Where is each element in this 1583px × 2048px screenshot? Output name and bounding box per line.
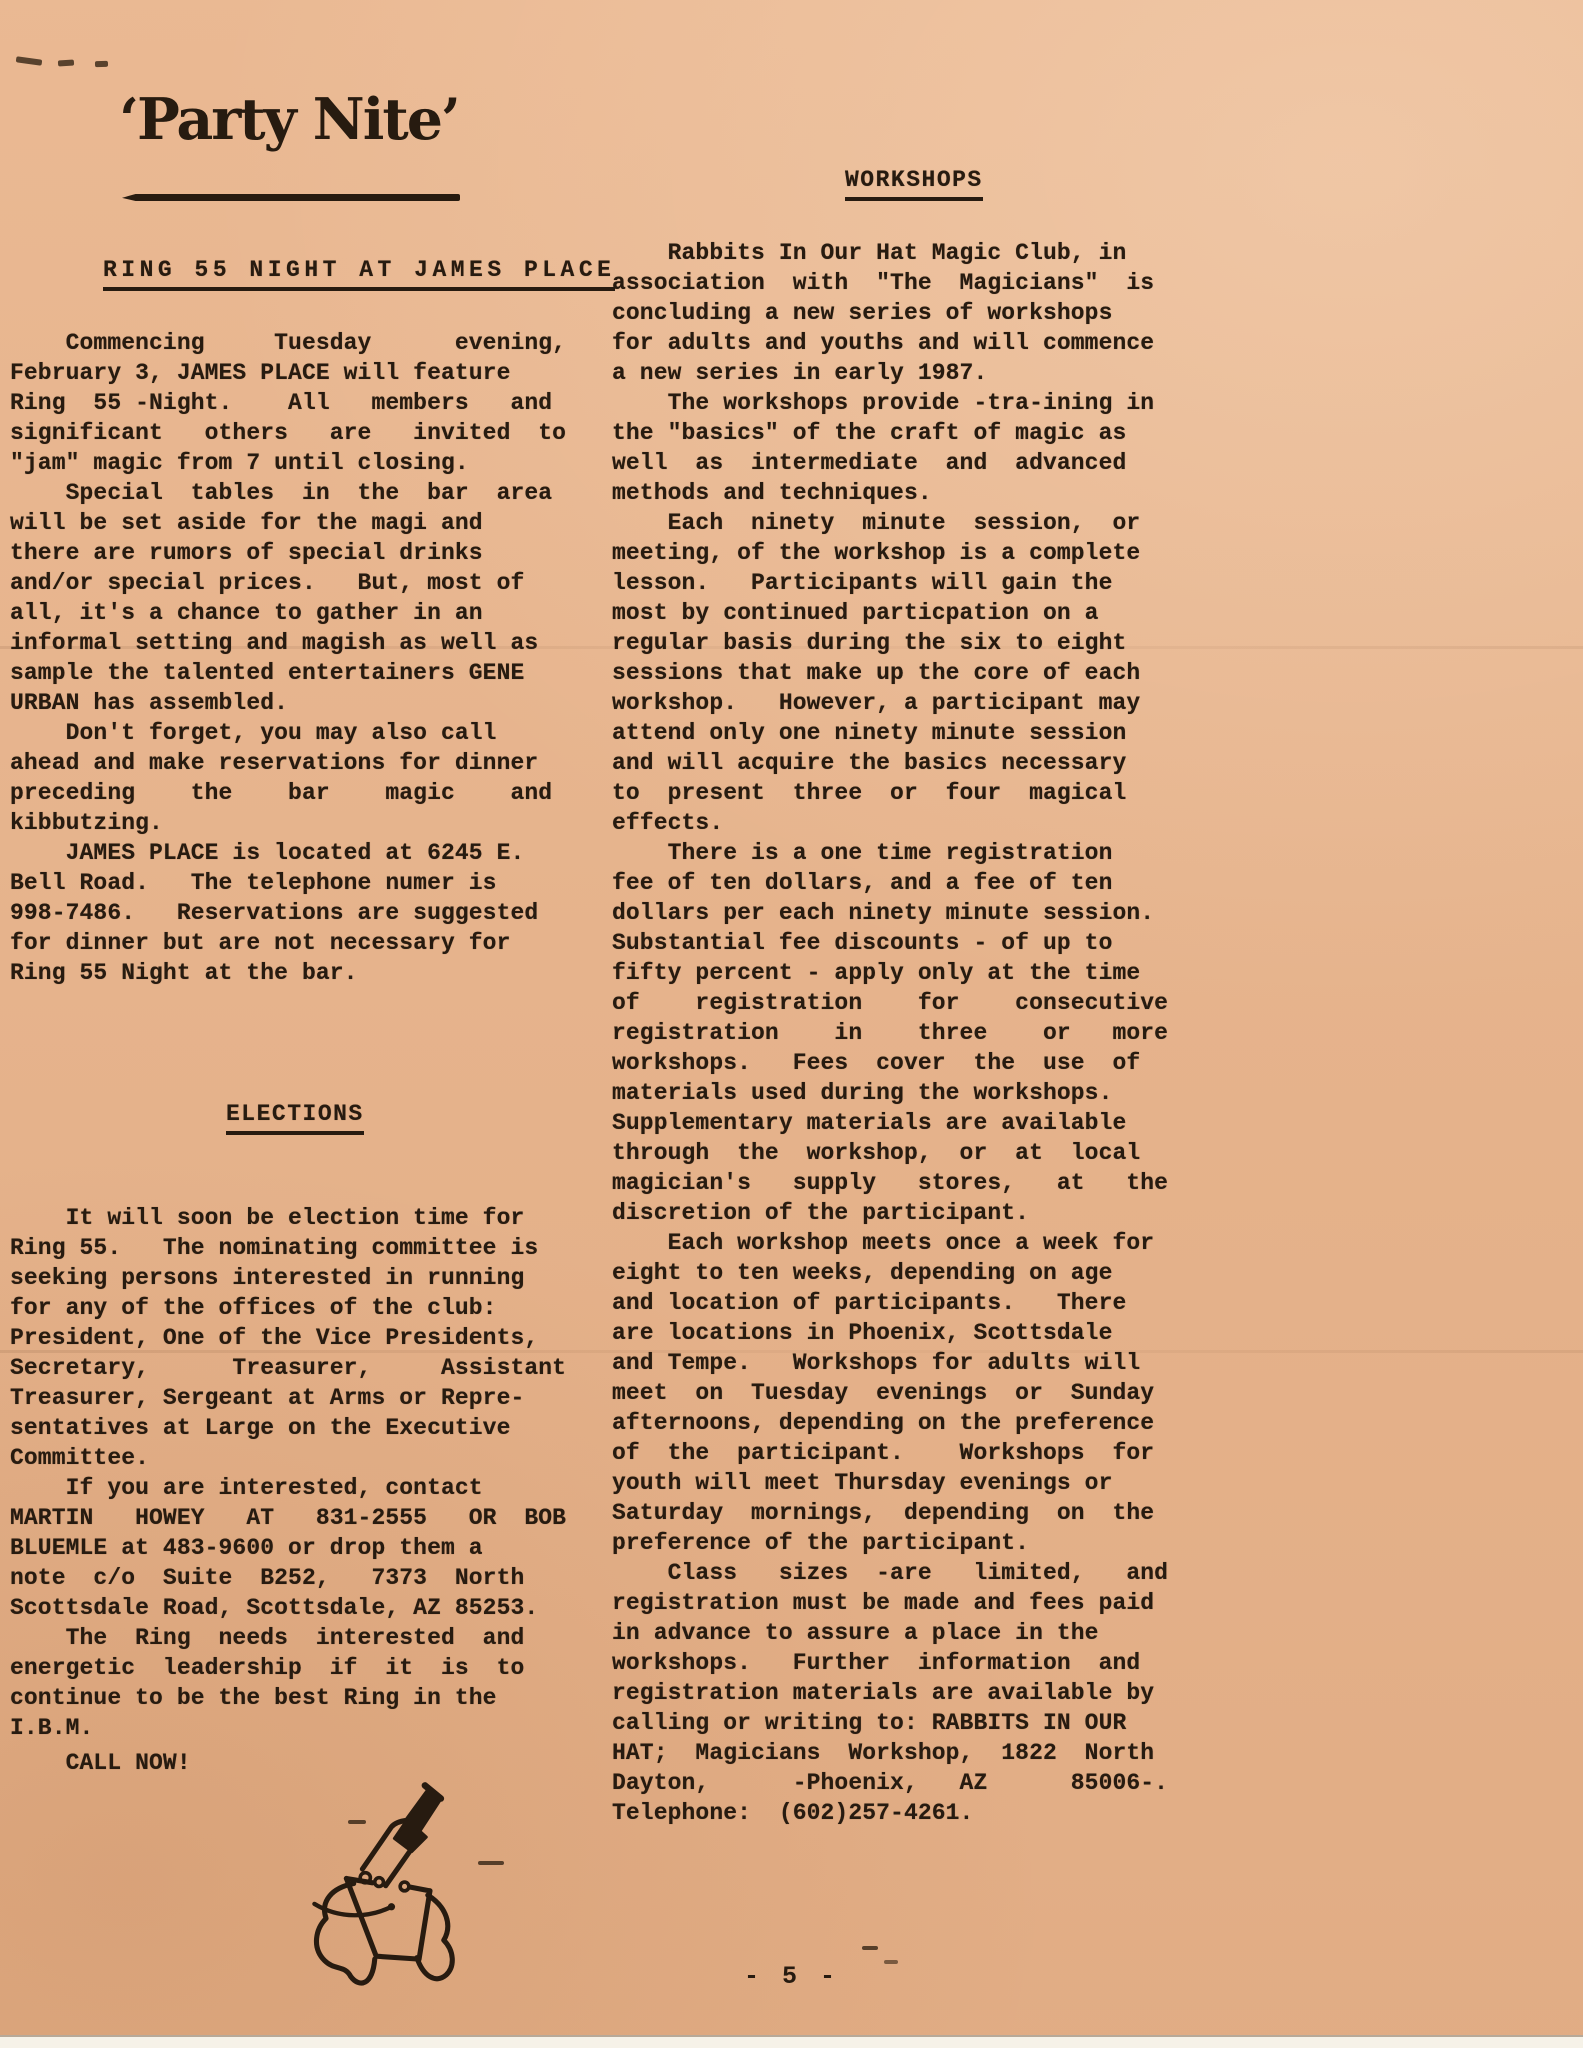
text-line: materials used during the workshops. (612, 1078, 1180, 1108)
text-line: JAMES PLACE is located at 6245 E. (10, 838, 568, 868)
text-line: Committee. (10, 1443, 568, 1473)
text-line: association with "The Magicians" is (612, 268, 1180, 298)
text-line: meet on Tuesday evenings or Sunday (612, 1378, 1180, 1408)
text-line: methods and techniques. (612, 478, 1180, 508)
text-line: are locations in Phoenix, Scottsdale (612, 1318, 1180, 1348)
ice-cube (360, 1873, 370, 1883)
text-line: preference of the participant. (612, 1528, 1180, 1558)
newsletter-page: ‘Party Nite’ RING 55 NIGHT AT JAMES PLAC… (0, 0, 1583, 2048)
text-line: There is a one time registration (612, 838, 1180, 868)
text-line: will be set aside for the magi and (10, 508, 568, 538)
page-title: ‘Party Nite’ (10, 86, 568, 153)
text-line: meeting, of the workshop is a complete (612, 538, 1180, 568)
text-line: Commencing Tuesday evening, (10, 328, 568, 358)
text-line: registration must be made and fees paid (612, 1588, 1180, 1618)
text-line: youth will meet Thursday evenings or (612, 1468, 1180, 1498)
text-line: MARTIN HOWEY AT 831-2555 OR BOB (10, 1503, 568, 1533)
text-line: and/or special prices. But, most of (10, 568, 568, 598)
text-line: The workshops provide -tra-ining in (612, 388, 1180, 418)
text-line: workshops. Further information and (612, 1648, 1180, 1678)
text-line: through the workshop, or at local (612, 1138, 1180, 1168)
text-line: Special tables in the bar area (10, 478, 568, 508)
text-line: Class sizes -are limited, and (612, 1558, 1180, 1588)
scan-edge (0, 2035, 1583, 2048)
text-line: energetic leadership if it is to (10, 1653, 568, 1683)
text-line: 998-7486. Reservations are suggested (10, 898, 568, 928)
text-line: and location of participants. There (612, 1288, 1180, 1318)
scan-artifact-dash (478, 1861, 504, 1865)
text-line: ahead and make reservations for dinner (10, 748, 568, 778)
text-line: fifty percent - apply only at the time (612, 958, 1180, 988)
text-line: there are rumors of special drinks (10, 538, 568, 568)
text-line: concluding a new series of workshops (612, 298, 1180, 328)
text-line: Ring 55 -Night. All members and (10, 388, 568, 418)
text-line: workshops. Fees cover the use of (612, 1048, 1180, 1078)
section-heading-ring55-night: RING 55 NIGHT AT JAMES PLACE (103, 257, 615, 291)
text-line: February 3, JAMES PLACE will feature (10, 358, 568, 388)
text-line: for dinner but are not necessary for (10, 928, 568, 958)
text-line: Substantial fee discounts - of up to (612, 928, 1180, 958)
article-elections: It will soon be election time forRing 55… (10, 1203, 568, 1743)
text-line: well as intermediate and advanced (612, 448, 1180, 478)
text-line: Dayton, -Phoenix, AZ 85006-. (612, 1768, 1180, 1798)
text-line: fee of ten dollars, and a fee of ten (612, 868, 1180, 898)
text-line: sample the talented entertainers GENE (10, 658, 568, 688)
text-line: Don't forget, you may also call (10, 718, 568, 748)
section-heading-workshops: WORKSHOPS (845, 167, 983, 201)
left-column: ‘Party Nite’ RING 55 NIGHT AT JAMES PLAC… (10, 0, 568, 2048)
text-line: workshop. However, a participant may (612, 688, 1180, 718)
text-line: Ring 55 Night at the bar. (10, 958, 568, 988)
text-line: note c/o Suite B252, 7373 North (10, 1563, 568, 1593)
text-line: registration materials are available by (612, 1678, 1180, 1708)
text-line: in advance to assure a place in the (612, 1618, 1180, 1648)
text-line: Each ninety minute session, or (612, 508, 1180, 538)
text-line: continue to be the best Ring in the (10, 1683, 568, 1713)
text-line: dollars per each ninety minute session. (612, 898, 1180, 928)
text-line: to present three or four magical (612, 778, 1180, 808)
text-line: registration in three or more (612, 1018, 1180, 1048)
text-line: seeking persons interested in running (10, 1263, 568, 1293)
text-line: Supplementary materials are available (612, 1108, 1180, 1138)
page-number: - 5 - (0, 1962, 1583, 1991)
text-line: Scottsdale Road, Scottsdale, AZ 85253. (10, 1593, 568, 1623)
text-line: a new series in early 1987. (612, 358, 1180, 388)
text-line: all, it's a chance to gather in an (10, 598, 568, 628)
text-line: Each workshop meets once a week for (612, 1228, 1180, 1258)
text-line: kibbutzing. (10, 808, 568, 838)
text-line: I.B.M. (10, 1713, 568, 1743)
text-line: and will acquire the basics necessary (612, 748, 1180, 778)
text-line: sentatives at Large on the Executive (10, 1413, 568, 1443)
scan-artifact-dash (348, 1820, 366, 1824)
text-line: Secretary, Treasurer, Assistant (10, 1353, 568, 1383)
text-line: Treasurer, Sergeant at Arms or Repre- (10, 1383, 568, 1413)
text-line: If you are interested, contact (10, 1473, 568, 1503)
text-line: significant others are invited to (10, 418, 568, 448)
text-line: effects. (612, 808, 1180, 838)
text-line: "jam" magic from 7 until closing. (10, 448, 568, 478)
text-line: discretion of the participant. (612, 1198, 1180, 1228)
text-line: of the participant. Workshops for (612, 1438, 1180, 1468)
section-heading-elections: ELECTIONS (226, 1101, 364, 1135)
text-line: sessions that make up the core of each (612, 658, 1180, 688)
text-line: informal setting and magish as well as (10, 628, 568, 658)
text-line: regular basis during the six to eight (612, 628, 1180, 658)
text-line: of registration for consecutive (612, 988, 1180, 1018)
text-line: calling or writing to: RABBITS IN OUR (612, 1708, 1180, 1738)
text-line: It will soon be election time for (10, 1203, 568, 1233)
text-line: most by continued particpation on a (612, 598, 1180, 628)
text-line: lesson. Participants will gain the (612, 568, 1180, 598)
text-line: attend only one ninety minute session (612, 718, 1180, 748)
text-line: HAT; Magicians Workshop, 1822 North (612, 1738, 1180, 1768)
text-line: BLUEMLE at 483-9600 or drop them a (10, 1533, 568, 1563)
article-ring55-night: Commencing Tuesday evening,February 3, J… (10, 328, 568, 988)
text-line: afternoons, depending on the preference (612, 1408, 1180, 1438)
text-line: preceding the bar magic and (10, 778, 568, 808)
swoosh-dot (388, 1903, 395, 1910)
article-workshops: Rabbits In Our Hat Magic Club, inassocia… (612, 238, 1180, 1828)
call-now-text: CALL NOW! (10, 1748, 191, 1778)
title-underline (122, 194, 460, 201)
text-line: Telephone: (602)257-4261. (612, 1798, 1180, 1828)
ice-cube (400, 1882, 409, 1891)
text-line: Rabbits In Our Hat Magic Club, in (612, 238, 1180, 268)
ice-cube (375, 1878, 384, 1887)
text-line: The Ring needs interested and (10, 1623, 568, 1653)
text-line: for any of the offices of the club: (10, 1293, 568, 1323)
text-line: Ring 55. The nominating committee is (10, 1233, 568, 1263)
text-line: magician's supply stores, at the (612, 1168, 1180, 1198)
text-line: eight to ten weeks, depending on age (612, 1258, 1180, 1288)
text-line: URBAN has assembled. (10, 688, 568, 718)
scan-artifact-dash (862, 1946, 878, 1950)
text-line: and Tempe. Workshops for adults will (612, 1348, 1180, 1378)
right-column: WORKSHOPS Rabbits In Our Hat Magic Club,… (612, 0, 1180, 2048)
text-line: the "basics" of the craft of magic as (612, 418, 1180, 448)
text-line: President, One of the Vice Presidents, (10, 1323, 568, 1353)
text-line: Bell Road. The telephone numer is (10, 868, 568, 898)
text-line: Saturday mornings, depending on the (612, 1498, 1180, 1528)
text-line: for adults and youths and will commence (612, 328, 1180, 358)
